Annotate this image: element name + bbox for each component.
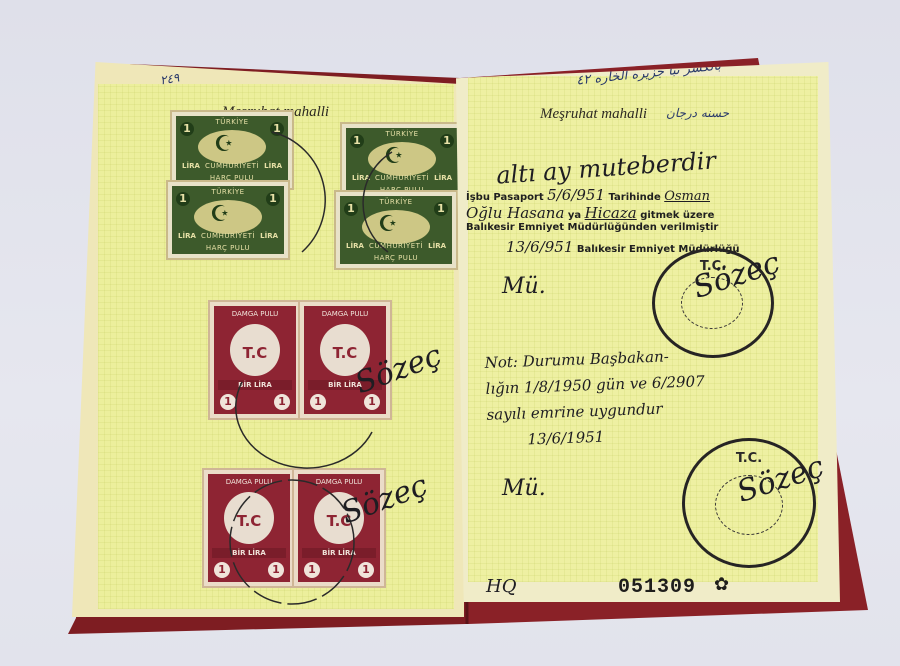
initials: Mü. [502,476,546,501]
rosette-icon: ✿ [714,574,729,595]
official-note: Not: Durumu Başbakan- lığın 1/8/1950 gün… [484,342,707,454]
serial-number: 051309 [618,576,696,599]
cancellation-marks [72,62,464,617]
left-page: ٢٤٩ Meşruhat mahalli ☪ 1 1 TÜRKİYE LİRA … [72,62,464,617]
ottoman-note: حسنه درجان [666,106,729,120]
initials: Mü. [502,274,546,299]
right-page: بالكسر نبا جزيره الخاره ٤٢ حسنه درجان Me… [456,62,840,602]
typed-issue-stamp: İşbu Pasaport 5/6/951 Tarihinde Osman Oğ… [466,186,806,256]
right-page-header: Meşruhat mahalli [540,106,647,123]
bottom-initials: HQ [486,576,516,597]
